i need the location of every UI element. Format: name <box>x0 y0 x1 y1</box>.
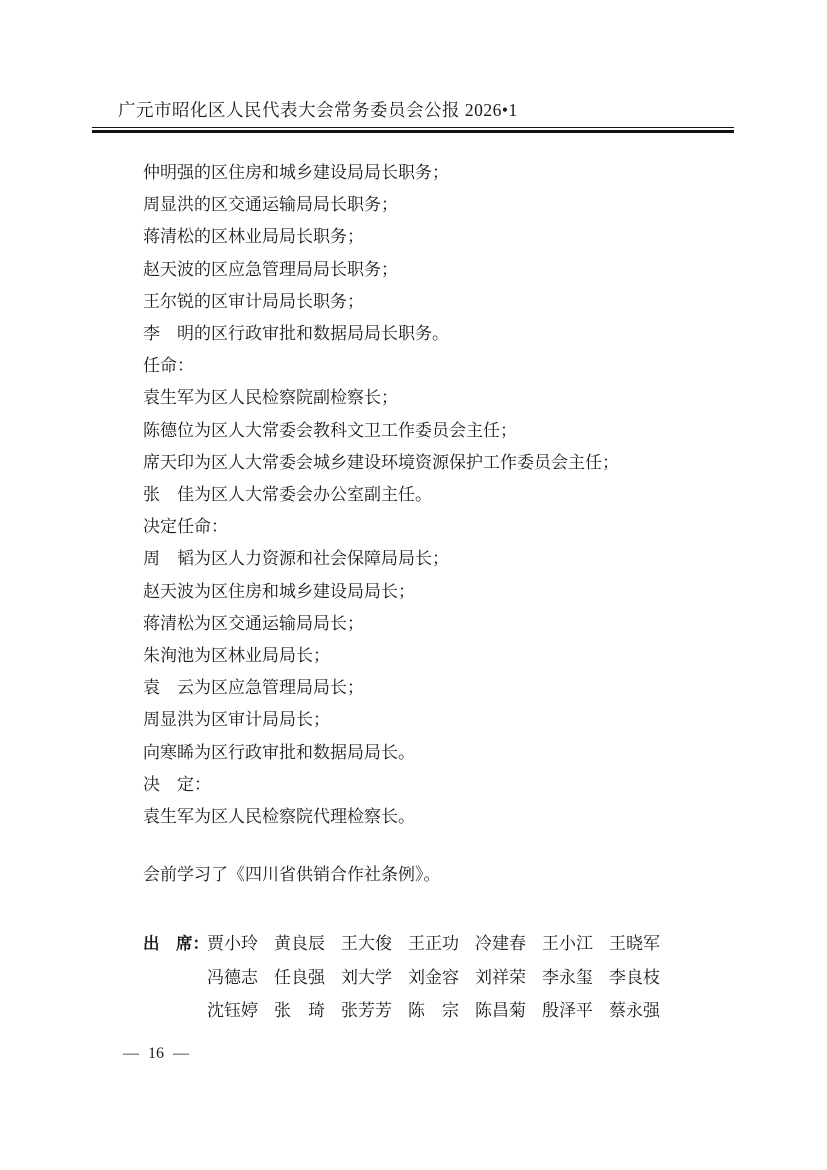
document-line: 向寒睎为区行政审批和数据局局长。 <box>143 737 734 769</box>
document-body: 仲明强的区住房和城乡建设局局长职务；周显洪的区交通运输局局长职务；蒋清松的区林业… <box>143 157 734 1028</box>
document-line: 决定任命： <box>143 511 734 543</box>
attendee-name: 刘大学 <box>341 961 392 995</box>
attendee-name: 李良枝 <box>609 961 660 995</box>
attendee-name: 王正功 <box>408 927 459 961</box>
attendee-name: 蔡永强 <box>609 994 660 1028</box>
document-line: 赵天波为区住房和城乡建设局局长； <box>143 576 734 608</box>
attendee-name: 李永玺 <box>542 961 593 995</box>
attendance-row: 出 席： 贾小玲黄良辰王大俊王正功冷建春王小江王晓军 <box>143 927 734 961</box>
document-line: 朱洵池为区林业局局长； <box>143 640 734 672</box>
document-line: 袁生军为区人民检察院副检察长； <box>143 382 734 414</box>
attendee-name: 王晓军 <box>609 927 660 961</box>
attendance-names-row-2: 冯德志任良强刘大学刘金容刘祥荣李永玺李良枝 <box>207 961 660 995</box>
document-line: 周显洪为区审计局局长； <box>143 704 734 736</box>
document-line: 席天印为区人大常委会城乡建设环境资源保护工作委员会主任； <box>143 447 734 479</box>
document-line: 袁 云为区应急管理局局长； <box>143 672 734 704</box>
page-number: 16 <box>148 1045 164 1063</box>
document-line: 袁生军为区人民检察院代理检察长。 <box>143 801 734 833</box>
footer-dash-left: — <box>123 1045 139 1063</box>
attendance-row: 沈钰婷张 琦张芳芳陈 宗陈昌菊殷泽平蔡永强 <box>143 994 734 1028</box>
document-line: 赵天波的区应急管理局局长职务； <box>143 254 734 286</box>
page-footer: — 16 — <box>123 1045 189 1063</box>
document-line: 蒋清松为区交通运输局局长； <box>143 608 734 640</box>
document-line: 周显洪的区交通运输局局长职务； <box>143 189 734 221</box>
document-line: 任命： <box>143 350 734 382</box>
attendee-name: 任良强 <box>274 961 325 995</box>
attendance-label: 出 席： <box>143 927 207 961</box>
attendee-name: 冯德志 <box>207 961 258 995</box>
attendee-name: 张 琦 <box>274 994 325 1028</box>
attendee-name: 冷建春 <box>475 927 526 961</box>
attendance-row: 冯德志任良强刘大学刘金容刘祥荣李永玺李良枝 <box>143 961 734 995</box>
document-line: 决 定： <box>143 769 734 801</box>
attendee-name: 张芳芳 <box>341 994 392 1028</box>
document-line: 李 明的区行政审批和数据局局长职务。 <box>143 318 734 350</box>
footer-dash-right: — <box>173 1045 189 1063</box>
page-content: 广元市昭化区人民代表大会常务委员会公报 2026•1 仲明强的区住房和城乡建设局… <box>92 0 734 1028</box>
study-note: 会前学习了《四川省供销合作社条例》。 <box>143 859 734 891</box>
attendee-name: 王大俊 <box>341 927 392 961</box>
document-line: 蒋清松的区林业局局长职务； <box>143 221 734 253</box>
publication-title: 广元市昭化区人民代表大会常务委员会公报 2026•1 <box>118 0 734 122</box>
attendee-name: 陈昌菊 <box>475 994 526 1028</box>
attendee-name: 贾小玲 <box>207 927 258 961</box>
attendance-section: 出 席： 贾小玲黄良辰王大俊王正功冷建春王小江王晓军 冯德志任良强刘大学刘金容刘… <box>143 927 734 1028</box>
attendance-names-row-3: 沈钰婷张 琦张芳芳陈 宗陈昌菊殷泽平蔡永强 <box>207 994 660 1028</box>
resolution-paragraphs: 仲明强的区住房和城乡建设局局长职务；周显洪的区交通运输局局长职务；蒋清松的区林业… <box>143 157 734 833</box>
attendee-name: 刘金容 <box>408 961 459 995</box>
attendee-name: 殷泽平 <box>542 994 593 1028</box>
document-line: 周 韬为区人力资源和社会保障局局长； <box>143 543 734 575</box>
attendance-names-row-1: 贾小玲黄良辰王大俊王正功冷建春王小江王晓军 <box>207 927 660 961</box>
attendee-name: 沈钰婷 <box>207 994 258 1028</box>
attendee-name: 刘祥荣 <box>475 961 526 995</box>
document-line: 王尔锐的区审计局局长职务； <box>143 286 734 318</box>
document-line: 张 佳为区人大常委会办公室副主任。 <box>143 479 734 511</box>
page-header: 广元市昭化区人民代表大会常务委员会公报 2026•1 <box>92 0 734 133</box>
attendee-name: 王小江 <box>542 927 593 961</box>
document-line: 仲明强的区住房和城乡建设局局长职务； <box>143 157 734 189</box>
attendee-name: 黄良辰 <box>274 927 325 961</box>
attendee-name: 陈 宗 <box>408 994 459 1028</box>
header-divider <box>92 127 734 133</box>
document-line: 陈德位为区人大常委会教科文卫工作委员会主任； <box>143 415 734 447</box>
gazette-page: 广元市昭化区人民代表大会常务委员会公报 2026•1 仲明强的区住房和城乡建设局… <box>0 0 827 1170</box>
